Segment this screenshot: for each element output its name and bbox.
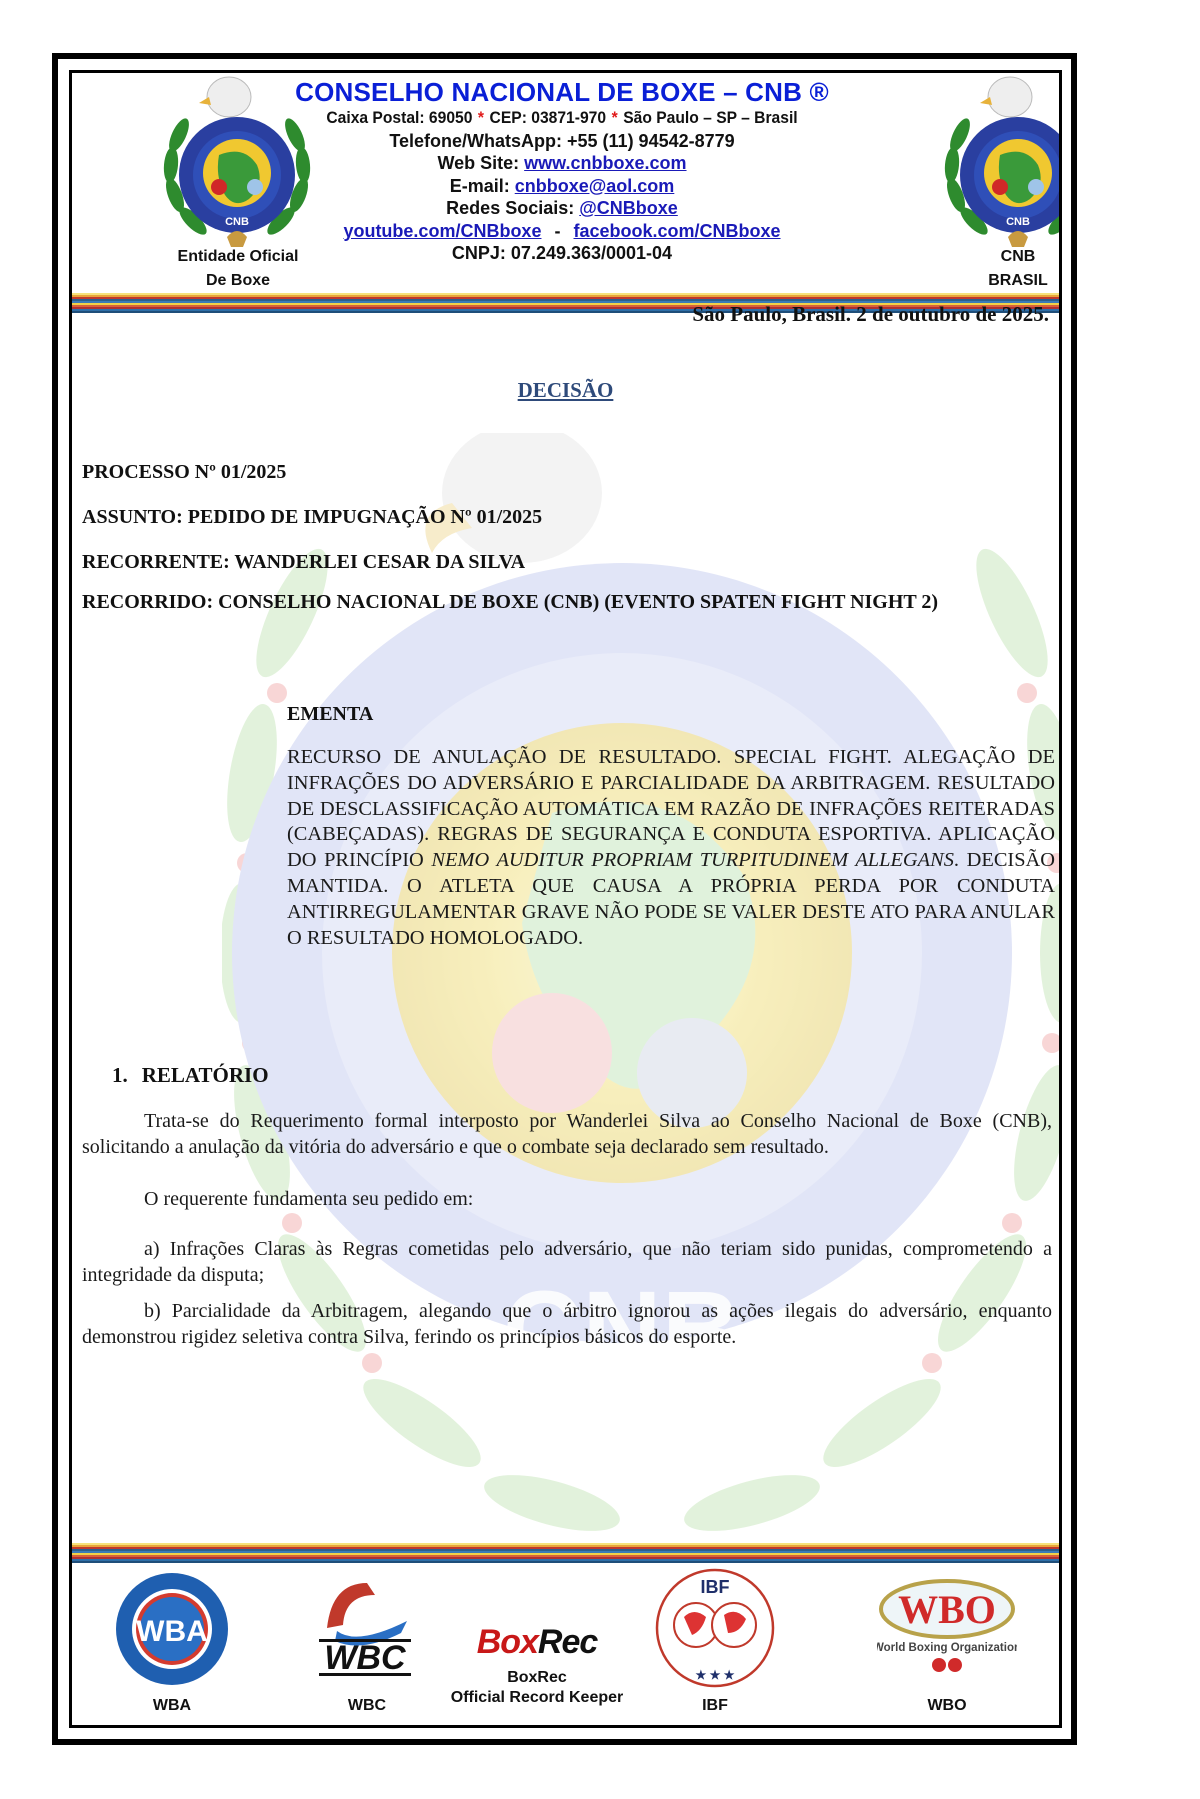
svg-text:WBA: WBA (136, 1615, 208, 1648)
wbc-emblem-icon: WBC (317, 1573, 417, 1678)
svg-text:CNB: CNB (225, 216, 249, 228)
youtube-link[interactable]: youtube.com/CNBboxe (343, 221, 541, 241)
ibf-label: IBF (650, 1697, 780, 1715)
footer-affiliations: WBA WBA WBC WBC BoxRec BoxRec Official R… (72, 1567, 1059, 1727)
document-title: DECISÃO (72, 378, 1059, 403)
email-line: E-mail: cnbboxe@aol.com (262, 175, 862, 198)
process-number: PROCESSO Nº 01/2025 (82, 458, 1052, 486)
paragraph: Trata-se do Requerimento formal interpos… (82, 1108, 1052, 1160)
cnb-emblem-logo-right: CNB (938, 75, 1062, 250)
ibf-emblem-icon: IBF ★ ★ ★ (654, 1567, 776, 1689)
caption-line: CNB (918, 245, 1062, 269)
asterisk-separator: * (478, 108, 484, 127)
wbo-logo: WBO World Boxing Organization WBO (862, 1567, 1032, 1727)
wba-emblem-icon: WBA (112, 1569, 232, 1689)
cnpj: CNPJ: 07.249.363/0001-04 (262, 242, 862, 265)
wba-label: WBA (102, 1697, 242, 1715)
social-line: Redes Sociais: @CNBboxe (262, 197, 862, 220)
wbc-label: WBC (297, 1697, 437, 1715)
svg-text:CNB: CNB (1006, 216, 1030, 228)
phone: Telefone/WhatsApp: +55 (11) 94542-8779 (262, 130, 862, 153)
postal-address: Caixa Postal: 69050*CEP: 03871-970*São P… (286, 107, 838, 130)
boxrec-sublabel: Official Record Keeper (442, 1689, 632, 1707)
wbc-logo: WBC WBC (297, 1567, 437, 1727)
subject: ASSUNTO: PEDIDO DE IMPUGNAÇÃO Nº 01/2025 (82, 503, 1052, 531)
cep: CEP: 03871-970 (490, 108, 607, 127)
cnb-emblem-watermark: CNB (222, 433, 1062, 1653)
paragraph: O requerente fundamenta seu pedido em: (82, 1186, 1052, 1212)
svg-text:WBO: WBO (898, 1587, 996, 1632)
website-line: Web Site: www.cnbboxe.com (262, 152, 862, 175)
email-link[interactable]: cnbboxe@aol.com (515, 176, 675, 196)
facebook-link[interactable]: facebook.com/CNBboxe (574, 221, 781, 241)
social-link[interactable]: @CNBboxe (579, 198, 678, 218)
boxrec-label: BoxRec (442, 1669, 632, 1687)
letterhead: CNB CNB Ent (72, 73, 1059, 298)
caption-line: De Boxe (138, 269, 338, 293)
latin-principle: NEMO AUDITUR PROPRIAM TURPITUDINEM ALLEG… (431, 849, 954, 871)
email-label: E-mail: (450, 176, 510, 196)
wba-logo: WBA WBA (102, 1567, 242, 1727)
postal-box: Caixa Postal: 69050 (326, 108, 472, 127)
footer-divider-stripes (72, 1543, 1059, 1567)
organization-title: CONSELHO NACIONAL DE BOXE – CNB ® (262, 77, 862, 107)
social-label: Redes Sociais: (446, 198, 574, 218)
ibf-logo: IBF ★ ★ ★ IBF (650, 1567, 780, 1727)
ementa-text: RECURSO DE ANULAÇÃO DE RESULTADO. SPECIA… (287, 745, 1055, 951)
page: CNB CNB (69, 70, 1062, 1728)
paragraph: a) Infrações Claras às Regras cometidas … (82, 1236, 1052, 1288)
appellee: RECORRIDO: CONSELHO NACIONAL DE BOXE (CN… (82, 588, 1052, 616)
section-number: 1. (112, 1063, 128, 1087)
svg-text:★ ★ ★: ★ ★ ★ (696, 1668, 735, 1682)
stripe (72, 1561, 1059, 1563)
section-heading-relatorio: 1.RELATÓRIO (112, 1063, 269, 1088)
svg-text:IBF: IBF (701, 1577, 730, 1597)
wbo-emblem-icon: WBO World Boxing Organization (877, 1579, 1017, 1679)
channels-line: youtube.com/CNBboxe - facebook.com/CNBbo… (262, 220, 862, 243)
city: São Paulo – SP – Brasil (623, 108, 797, 127)
appellant: RECORRENTE: WANDERLEI CESAR DA SILVA (82, 548, 1052, 576)
wbo-label: WBO (862, 1697, 1032, 1715)
website-label: Web Site: (437, 153, 519, 173)
website-link[interactable]: www.cnbboxe.com (524, 153, 686, 173)
document-date: São Paulo, Brasil. 2 de outubro de 2025. (692, 302, 1049, 327)
paragraph: b) Parcialidade da Arbitragem, alegando … (82, 1298, 1052, 1350)
asterisk-separator: * (612, 108, 618, 127)
svg-text:WBC: WBC (324, 1639, 406, 1677)
letterhead-contact-block: CONSELHO NACIONAL DE BOXE – CNB ® Caixa … (262, 77, 862, 265)
section-title: RELATÓRIO (142, 1063, 269, 1087)
caption-line: BRASIL (918, 269, 1062, 293)
separator: - (554, 221, 560, 241)
right-logo-caption: CNB BRASIL (918, 245, 1062, 293)
boxrec-wordmark-icon: BoxRec (442, 1623, 632, 1662)
ementa-heading: EMENTA (287, 703, 373, 726)
svg-text:World Boxing Organization: World Boxing Organization (877, 1642, 1017, 1654)
boxrec-logo: BoxRec BoxRec Official Record Keeper (442, 1567, 632, 1727)
